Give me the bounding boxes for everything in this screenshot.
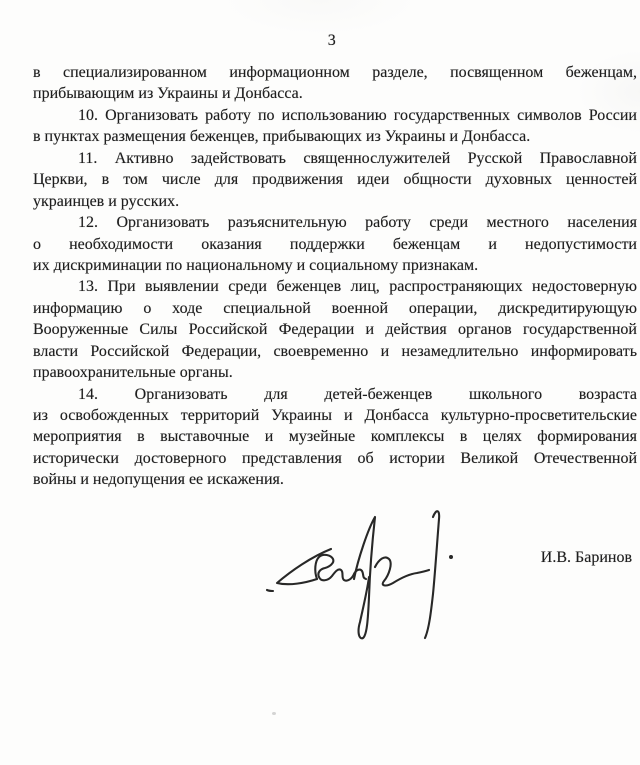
document-line: их дискриминации по национальному и соци… xyxy=(33,255,637,276)
document-line: 13. При выявлении среди беженцев лиц, ра… xyxy=(33,276,637,297)
document-line: прибывающим из Украины и Донбасса. xyxy=(33,83,637,104)
scan-speck xyxy=(272,712,276,715)
document-line: Вооруженные Силы Российской Федерации и … xyxy=(33,319,637,340)
document-line: в пунктах размещения беженцев, прибывающ… xyxy=(33,126,637,147)
document-line: Церкви, в том числе для продвижения идеи… xyxy=(33,169,637,190)
document-line: войны и недопущения ее искажения. xyxy=(33,469,637,490)
handwritten-signature-icon xyxy=(253,495,473,685)
document-line: из освобожденных территорий Украины и До… xyxy=(33,405,637,426)
document-line: в специализированном информационном разд… xyxy=(33,62,637,83)
document-line: 10. Организовать работу по использованию… xyxy=(33,105,637,126)
document-line: 14. Организовать для детей-беженцев школ… xyxy=(33,384,637,405)
document-line: 11. Активно задействовать священнослужит… xyxy=(33,148,637,169)
page-number: 3 xyxy=(22,32,640,50)
document-line: мероприятия в выставочные и музейные ком… xyxy=(33,426,637,447)
signatory-name: И.В. Баринов xyxy=(500,549,632,567)
document-line: исторически достоверного представления о… xyxy=(33,448,637,469)
document-line: о необходимости оказания поддержки бежен… xyxy=(33,234,637,255)
document-line: правоохранительные органы. xyxy=(33,362,637,383)
document-line: информацию о ходе специальной военной оп… xyxy=(33,298,637,319)
document-line: власти Российской Федерации, своевременн… xyxy=(33,341,637,362)
scanned-document-page: 3 в специализированном информационном ра… xyxy=(0,0,640,765)
document-line: 12. Организовать разъяснительную работу … xyxy=(33,212,637,233)
document-line: украинцев и русских. xyxy=(33,191,637,212)
document-body: в специализированном информационном разд… xyxy=(33,62,637,491)
